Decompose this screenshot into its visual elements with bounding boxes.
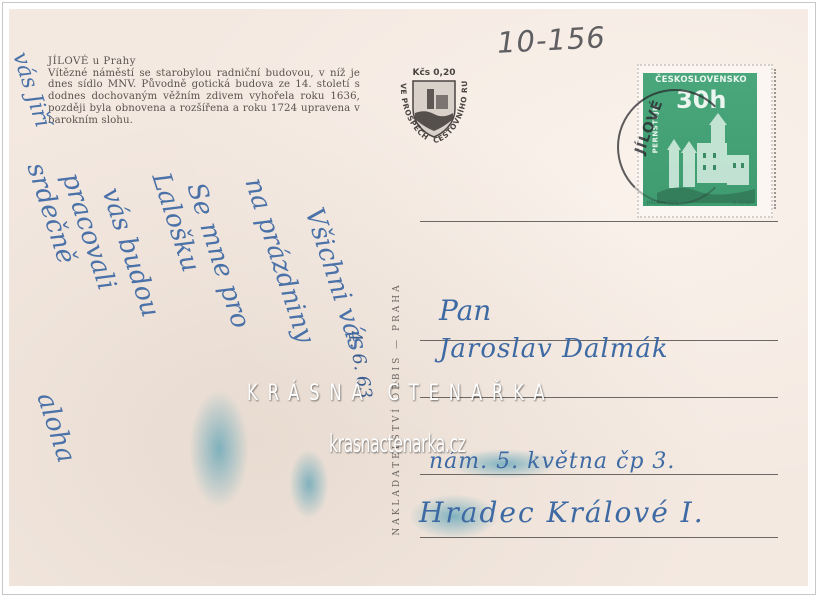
castle-shield-icon: Kčs 0,20 VE PROSPĚCH CESTOVNÍHO RUCHU <box>389 61 479 151</box>
message-line: vás Jiří <box>9 49 55 130</box>
publisher-imprint: NAKLADATELSTVÍ ORBIS — PRAHA <box>392 282 402 535</box>
address-name: Jaroslav Dalmák <box>439 334 669 364</box>
stamp-box-dots <box>774 69 778 209</box>
ink-smudge <box>189 389 249 509</box>
handwritten-message: Všichni vás na prázdniny Se mne pro Lalo… <box>9 9 389 586</box>
address-street: nám. 5. května čp 3. <box>429 449 675 474</box>
svg-text:Kčs 0,20: Kčs 0,20 <box>412 67 455 78</box>
address-line <box>420 221 778 222</box>
stamp-country: ČESKOSLOVENSKO <box>646 75 756 85</box>
postcard-back: JÍLOVÉ u Prahy Vítězné náměstí se starob… <box>9 9 808 586</box>
message-line: aloha <box>30 389 81 466</box>
watermark-url: krasnactenarka.cz <box>329 429 466 458</box>
address-city: Hradec Králové I. <box>419 496 705 529</box>
stamp-credit-engraver: B. HOUBA <box>733 200 753 205</box>
address-salutation: Pan <box>439 294 491 327</box>
reference-number: 10-156 <box>496 20 606 60</box>
ink-smudge <box>289 449 329 519</box>
address-line <box>420 537 778 538</box>
watermark-title: KRÁSNÁ ČTENAŘKA <box>247 381 502 406</box>
tourism-fee-stamp: Kčs 0,20 VE PROSPĚCH CESTOVNÍHO RUCHU <box>389 61 479 151</box>
